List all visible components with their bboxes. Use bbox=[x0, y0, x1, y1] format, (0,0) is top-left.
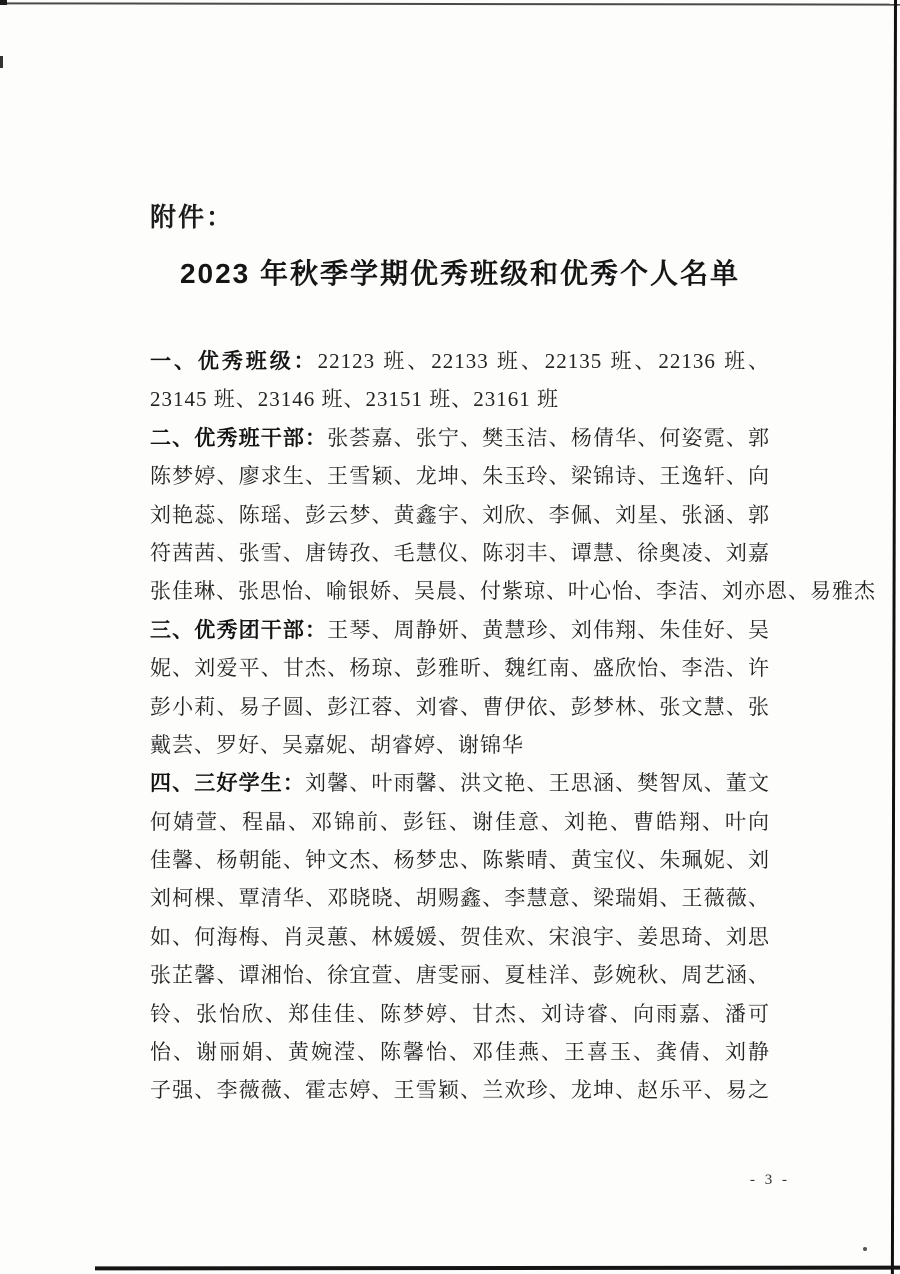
scanned-document-page: 附件： 2023 年秋季学期优秀班级和优秀个人名单 一、优秀班级：22123 班… bbox=[0, 0, 900, 1274]
attachment-label: 附件： bbox=[150, 197, 770, 234]
text-line: 符茜茜、张雪、唐铸孜、毛慧仪、陈羽丰、谭慧、徐奥凌、刘嘉琪、龙琪涵、 bbox=[150, 534, 770, 572]
section-heading: 四、三好学生： bbox=[150, 772, 305, 795]
text-line: 张芷馨、谭湘怡、徐宜萱、唐雯丽、夏桂洋、彭婉秋、周艺涵、王琦欣、张慧 bbox=[150, 956, 770, 994]
section-merit-students: 四、三好学生：刘馨、叶雨馨、洪文艳、王思涵、樊智凤、董文馨、周练、 何婧萱、程晶… bbox=[150, 764, 770, 1110]
text-line: 佳馨、杨朝能、钟文杰、杨梦忠、陈紫晴、黄宝仪、朱珮妮、刘奥、栗桂灿、 bbox=[150, 841, 770, 879]
text-line: 如、何海梅、肖灵蕙、林媛媛、贺佳欢、宋浪宇、姜思琦、刘思雨、曾艳华、 bbox=[150, 918, 770, 956]
text-line: 子强、李薇薇、霍志婷、王雪颖、兰欢珍、龙坤、赵乐平、易之馨、周睿、陈 bbox=[150, 1071, 770, 1109]
text-line: 23145 班、23146 班、23151 班、23161 班 bbox=[150, 380, 770, 418]
text-line: 刘艳蕊、陈瑶、彭云梦、黄鑫宇、刘欣、李佩、刘星、张涵、郭柳飏、唐婉纤、 bbox=[150, 496, 770, 534]
text-line: 妮、刘爱平、甘杰、杨琼、彭雅昕、魏红南、盛欣怡、李浩、许桂花、高润钦、 bbox=[150, 649, 770, 687]
section-excellent-league-cadres: 三、优秀团干部：王琴、周静妍、黄慧珍、刘伟翔、朱佳好、吴英佩、李曼 妮、刘爱平、… bbox=[150, 611, 770, 765]
text-line: 张佳琳、张思怡、喻银娇、吴晨、付紫琼、叶心怡、李洁、刘亦恩、易雅杰 bbox=[150, 572, 770, 610]
text-line: 怡、谢丽娟、黄婉滢、陈馨怡、邓佳燕、王喜玉、龚倩、刘静怡、陈思琪、唐 bbox=[150, 1033, 770, 1071]
text-line: 三、优秀团干部：王琴、周静妍、黄慧珍、刘伟翔、朱佳好、吴英佩、李曼 bbox=[150, 611, 770, 649]
text-line: 戴芸、罗好、吴嘉妮、胡睿婷、谢锦华 bbox=[150, 726, 770, 764]
section-heading: 二、优秀班干部： bbox=[150, 427, 327, 450]
text-line: 一、优秀班级：22123 班、22133 班、22135 班、22136 班、2… bbox=[150, 342, 770, 380]
text-line: 陈梦婷、廖求生、王雪颖、龙坤、朱玉玲、梁锦诗、王逸轩、向如意、王悦、 bbox=[150, 457, 770, 495]
section-heading: 一、优秀班级： bbox=[150, 350, 318, 373]
section-heading: 三、优秀团干部： bbox=[150, 619, 327, 642]
scan-speck-left-edge bbox=[0, 56, 3, 68]
text-line: 二、优秀班干部：张荟嘉、张宁、樊玉洁、杨倩华、何姿霓、郭紫妍、龙诵、 bbox=[150, 419, 770, 457]
scan-artifact-right-line bbox=[891, 0, 897, 1274]
text-line: 四、三好学生：刘馨、叶雨馨、洪文艳、王思涵、樊智凤、董文馨、周练、 bbox=[150, 764, 770, 802]
document-body: 一、优秀班级：22123 班、22133 班、22135 班、22136 班、2… bbox=[150, 342, 770, 1110]
scan-speck-bottom-right bbox=[863, 1247, 867, 1251]
scan-speck-top-left bbox=[0, 0, 7, 5]
page-number: - 3 - bbox=[750, 1172, 790, 1189]
text-line: 刘柯棵、覃清华、邓晓晓、胡赐鑫、李慧意、梁瑞娟、王薇薇、罗紫轩、李慧 bbox=[150, 879, 770, 917]
text-line: 彭小莉、易子圆、彭江蓉、刘睿、曹伊依、彭梦林、张文慧、张宁、张晨曦、 bbox=[150, 688, 770, 726]
section-excellent-classes: 一、优秀班级：22123 班、22133 班、22135 班、22136 班、2… bbox=[150, 342, 770, 419]
scan-artifact-bottom-line bbox=[95, 1266, 900, 1271]
document-content: 附件： 2023 年秋季学期优秀班级和优秀个人名单 一、优秀班级：22123 班… bbox=[150, 0, 770, 1110]
document-title: 2023 年秋季学期优秀班级和优秀个人名单 bbox=[150, 252, 770, 292]
text-line: 铃、张怡欣、郑佳佳、陈梦婷、甘杰、刘诗睿、向雨嘉、潘可欣、陈钰、许欣 bbox=[150, 995, 770, 1033]
text-line: 何婧萱、程晶、邓锦前、彭钰、谢佳意、刘艳、曹皓翔、叶向露、莫佳裕、陈 bbox=[150, 803, 770, 841]
section-excellent-class-cadres: 二、优秀班干部：张荟嘉、张宁、樊玉洁、杨倩华、何姿霓、郭紫妍、龙诵、 陈梦婷、廖… bbox=[150, 419, 770, 611]
